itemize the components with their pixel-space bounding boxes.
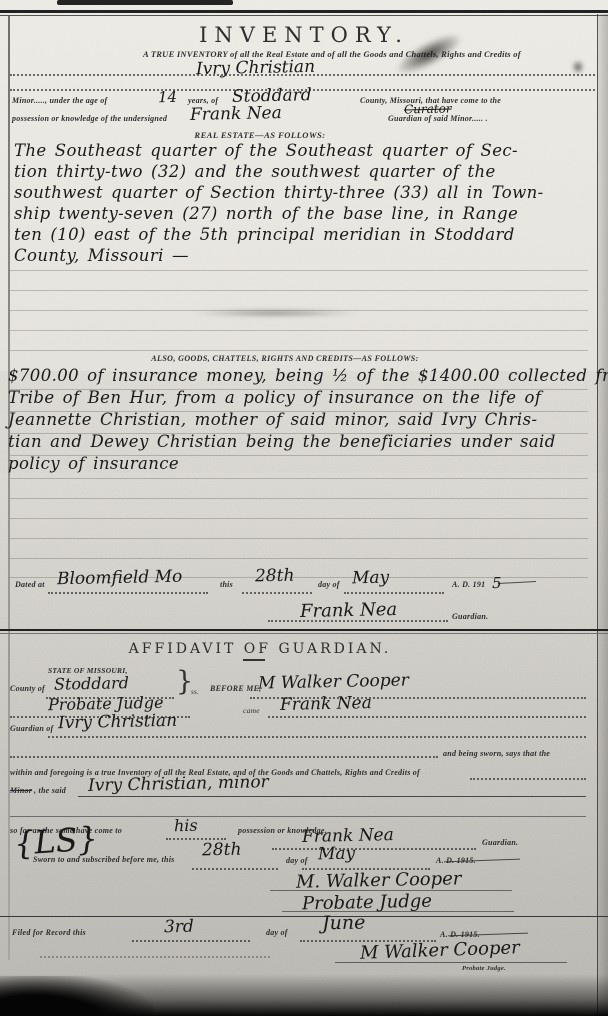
ruled-line xyxy=(10,389,588,390)
chattels-heading: ALSO, GOODS, CHATTELS, RIGHTS AND CREDIT… xyxy=(60,354,510,363)
minor-clause-pre: Minor....., under the age of xyxy=(12,96,107,105)
ruled-line xyxy=(10,433,588,434)
fill-line xyxy=(470,778,586,780)
filed-month-handwritten: June xyxy=(322,912,366,935)
officer-name-handwritten: M Walker Cooper xyxy=(258,670,409,693)
ruled-line xyxy=(10,350,588,351)
dotted-rule xyxy=(10,74,595,76)
blank-line xyxy=(78,796,586,797)
dated-at-label: Dated at xyxy=(15,580,45,589)
fill-line xyxy=(48,736,586,738)
scanned-document-page: INVENTORY. A TRUE INVENTORY of all the R… xyxy=(0,0,608,1016)
fill-line xyxy=(132,940,250,942)
affidavit-title: AFFIDAVIT OF GUARDIAN. xyxy=(60,641,460,657)
ruled-line xyxy=(10,518,588,519)
guardian-name-handwritten: Frank Nea xyxy=(190,103,282,125)
signature-line xyxy=(268,620,448,622)
real-estate-line: ten (10) east of the 5th principal merid… xyxy=(14,225,600,244)
dated-this-label: this xyxy=(220,580,233,589)
chattels-line: Jeannette Christian, mother of said mino… xyxy=(8,410,594,429)
filed-signature-handwritten: M Walker Cooper xyxy=(360,937,520,964)
ward-minor-handwritten: Ivry Christian, minor xyxy=(88,772,269,796)
filed-day-handwritten: 3rd xyxy=(164,917,194,938)
left-border-line xyxy=(8,16,10,960)
dated-dayof-label: day of xyxy=(318,580,340,589)
real-estate-line: southwest quarter of Section thirty-thre… xyxy=(14,183,600,202)
fill-line xyxy=(48,592,208,594)
deponent-name-handwritten: Frank Nea xyxy=(280,693,372,715)
dated-day-handwritten: 28th xyxy=(255,566,295,587)
age-handwritten: 14 xyxy=(158,88,177,106)
scan-cutoff-text xyxy=(57,0,233,5)
ruled-line xyxy=(10,411,588,412)
filed-sig-label: Probate Judge. xyxy=(462,965,506,972)
real-estate-line: County, Missouri — xyxy=(14,246,600,265)
fill-line xyxy=(242,592,312,594)
guardian-sig-label2: Guardian. xyxy=(482,838,518,847)
ss-label: ss. xyxy=(191,688,199,696)
before-me-label: BEFORE ME, xyxy=(210,684,261,693)
real-estate-line: tion thirty-two (32) and the southwest q… xyxy=(14,162,600,181)
ruled-line xyxy=(10,270,588,271)
his-handwritten: his xyxy=(174,816,198,835)
sworn-day-handwritten: 28th xyxy=(202,840,242,861)
the-said-label: , the said xyxy=(34,786,66,795)
dated-month-handwritten: May xyxy=(352,568,390,589)
bottom-corner-blob xyxy=(0,976,154,1016)
minor-clause2-post: Guardian of said Minor..... . xyxy=(388,114,488,123)
section-rule-light xyxy=(0,633,608,634)
chattels-line: Tribe of Ben Hur, from a policy of insur… xyxy=(8,388,594,407)
top-rule-heavy xyxy=(0,10,608,13)
signature-line xyxy=(335,962,567,963)
dated-ad-label: A. D. 191 xyxy=(452,580,485,589)
blank-line xyxy=(10,816,586,817)
filed-label: Filed for Record this xyxy=(12,928,86,937)
signature-line xyxy=(282,911,514,912)
chattels-line: policy of insurance xyxy=(8,454,594,473)
signature-line xyxy=(272,848,476,850)
ruled-line xyxy=(10,330,588,331)
section-rule xyxy=(0,629,608,631)
sworn-intro-label: and being sworn, says that the xyxy=(443,749,550,758)
real-estate-line: The Southeast quarter of the Southeast q… xyxy=(14,141,600,160)
came-label: came xyxy=(243,706,260,715)
chattels-line: tian and Dewey Christian being the benef… xyxy=(8,432,594,451)
guardian-signature: Frank Nea xyxy=(300,599,398,622)
county-label: County of xyxy=(10,684,45,693)
filed-dayof-label: day of xyxy=(266,928,288,937)
ink-speck xyxy=(572,60,584,74)
dated-place-handwritten: Bloomfield Mo xyxy=(57,567,183,590)
minor-word-struck: Minor xyxy=(10,786,32,795)
ruled-line xyxy=(10,290,588,291)
top-rule-light xyxy=(0,15,608,16)
guardian-sig-label: Guardian. xyxy=(452,612,488,621)
fill-line xyxy=(268,716,586,718)
ruled-line xyxy=(10,538,588,539)
county-handwritten: Stoddard xyxy=(54,673,129,694)
ruled-line xyxy=(10,455,588,456)
ward-name-handwritten: Ivry Christian xyxy=(58,711,177,733)
fill-line xyxy=(344,592,444,594)
faint-smudge xyxy=(190,309,360,317)
guardian-of-label: Guardian of xyxy=(10,724,53,733)
chattels-line: $700.00 of insurance money, being ½ of t… xyxy=(8,366,594,385)
ruled-line xyxy=(10,498,588,499)
pen-stroke xyxy=(498,581,536,584)
page-title: INVENTORY. xyxy=(0,23,608,47)
ruled-line xyxy=(10,558,588,559)
sworn-month-handwritten: May xyxy=(318,844,356,865)
fill-line xyxy=(40,956,270,958)
real-estate-line: ship twenty-seven (27) north of the base… xyxy=(14,204,600,223)
intro-line: A TRUE INVENTORY of all the Real Estate … xyxy=(143,49,521,59)
real-estate-heading: REAL ESTATE—AS FOLLOWS: xyxy=(60,130,460,140)
fill-line xyxy=(192,868,278,870)
title-underline xyxy=(243,659,265,661)
ruled-line xyxy=(10,478,588,479)
section-rule xyxy=(0,916,608,917)
sworn-line-label: Sworn to and subscribed before me, this xyxy=(33,855,175,864)
fill-line xyxy=(10,756,438,758)
sworn-dayof-label: day of xyxy=(286,856,308,865)
minor-clause2-pre: possession or knowledge of the undersign… xyxy=(12,114,167,123)
